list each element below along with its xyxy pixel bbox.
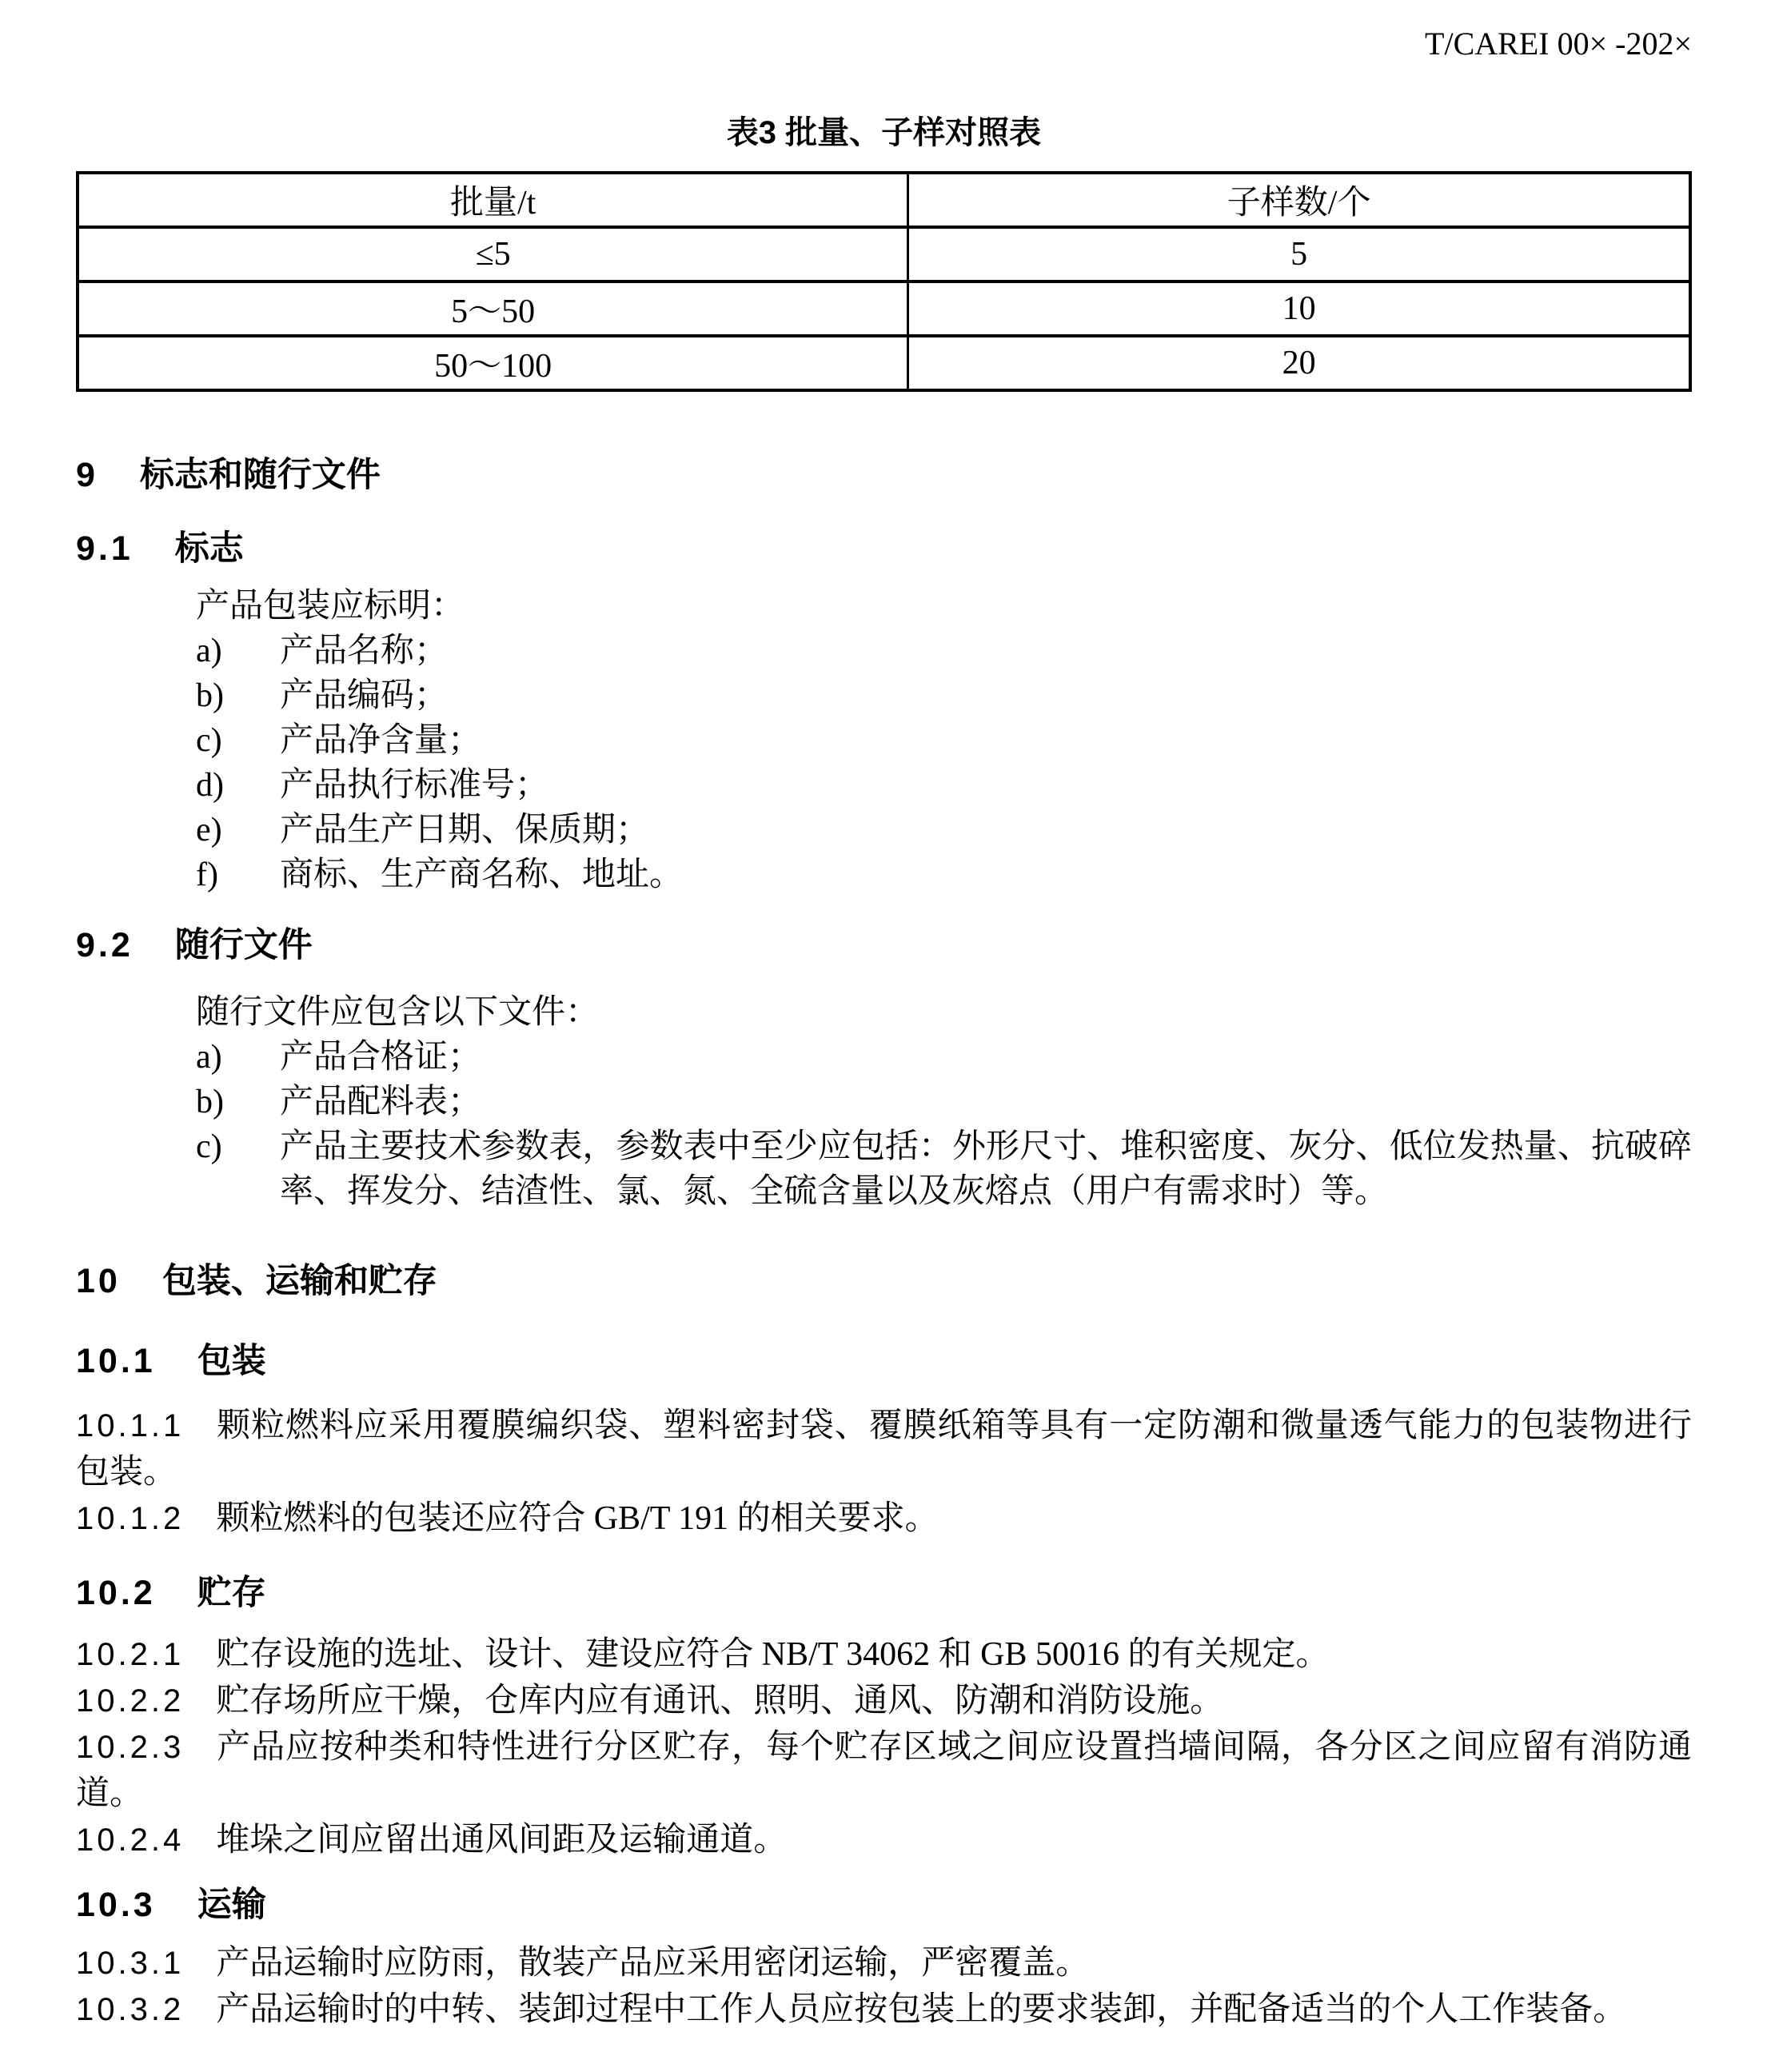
- list-item-label: a): [196, 629, 280, 673]
- list-item: c) 产品净含量；: [76, 718, 1692, 763]
- clause-text: 贮存场所应干燥，仓库内应有通讯、照明、通风、防潮和消防设施。: [216, 1683, 1223, 1719]
- table3-caption: 表3 批量、子样对照表: [76, 112, 1692, 154]
- section-10-2-title: 贮存: [197, 1574, 266, 1612]
- section-9-1-title: 标志: [175, 529, 244, 568]
- list-item-label: b): [196, 673, 280, 718]
- table-header-row: 批量/t 子样数/个: [78, 173, 1690, 227]
- section-10-1-title: 包装: [197, 1342, 266, 1380]
- list-item: f) 商标、生产商名称、地址。: [76, 852, 1692, 897]
- clause-number: 10.1.1: [76, 1408, 184, 1443]
- clause-number: 10.2.3: [76, 1730, 184, 1765]
- list-item: e) 产品生产日期、保质期；: [76, 808, 1692, 852]
- cell-subsamples: 10: [908, 281, 1690, 336]
- clause-text: 颗粒燃料的包装还应符合 GB/T 191 的相关要求。: [216, 1500, 938, 1537]
- section-10-3-heading: 10.3运输: [76, 1882, 1692, 1927]
- cell-batch: 5～50: [78, 281, 908, 336]
- clause-10-3-2: 10.3.2产品运输时的中转、装卸过程中工作人员应按包装上的要求装卸，并配备适当…: [76, 1986, 1692, 2033]
- section-9-2-title: 随行文件: [175, 926, 313, 964]
- section-9-1-heading: 9.1标志: [76, 526, 1692, 571]
- clause-10-2-1: 10.2.1贮存设施的选址、设计、建设应符合 NB/T 34062 和 GB 5…: [76, 1631, 1692, 1678]
- section-10-number: 10: [76, 1262, 121, 1300]
- list-item-text: 产品净含量；: [280, 718, 1692, 763]
- section-9-1-number: 9.1: [76, 529, 134, 568]
- clause-number: 10.2.1: [76, 1637, 184, 1672]
- section-9-2-number: 9.2: [76, 926, 134, 964]
- list-item-text: 产品名称；: [280, 629, 1692, 673]
- list-item: b) 产品编码；: [76, 673, 1692, 718]
- section-10-2-number: 10.2: [76, 1574, 156, 1612]
- clause-text: 颗粒燃料应采用覆膜编织袋、塑料密封袋、覆膜纸箱等具有一定防潮和微量透气能力的包装…: [76, 1407, 1692, 1491]
- list-item-label: a): [196, 1035, 280, 1080]
- section-10-3-number: 10.3: [76, 1886, 156, 1924]
- section-9-heading: 9标志和随行文件: [76, 453, 1692, 497]
- list-item: a) 产品名称；: [76, 629, 1692, 673]
- cell-subsamples: 5: [908, 227, 1690, 281]
- cell-batch: ≤5: [78, 227, 908, 281]
- clause-text: 贮存设施的选址、设计、建设应符合 NB/T 34062 和 GB 50016 的…: [216, 1636, 1329, 1673]
- section-9-2-heading: 9.2随行文件: [76, 923, 1692, 968]
- section-9-1-intro: 产品包装应标明：: [76, 584, 1692, 629]
- table-row: ≤5 5: [78, 227, 1690, 281]
- list-item-text: 产品合格证；: [280, 1035, 1692, 1080]
- section-9-title: 标志和随行文件: [140, 456, 381, 494]
- list-item-text: 产品生产日期、保质期；: [280, 808, 1692, 852]
- section-10-2-heading: 10.2贮存: [76, 1571, 1692, 1615]
- batch-subsample-table: 批量/t 子样数/个 ≤5 5 5～50 10 50～100 20: [76, 171, 1692, 392]
- list-item-label: b): [196, 1080, 280, 1124]
- section-9-number: 9: [76, 456, 98, 494]
- section-9-2-intro: 随行文件应包含以下文件：: [76, 990, 1692, 1035]
- clause-10-1-1: 10.1.1颗粒燃料应采用覆膜编织袋、塑料密封袋、覆膜纸箱等具有一定防潮和微量透…: [76, 1403, 1692, 1495]
- clause-number: 10.2.2: [76, 1683, 184, 1719]
- clause-number: 10.1.2: [76, 1501, 184, 1536]
- clause-text: 堆垛之间应留出通风间距及运输通道。: [216, 1822, 787, 1858]
- clause-10-3-1: 10.3.1产品运输时应防雨，散装产品应采用密闭运输，严密覆盖。: [76, 1940, 1692, 1986]
- list-item: c) 产品主要技术参数表，参数表中至少应包括：外形尺寸、堆积密度、灰分、低位发热…: [76, 1124, 1692, 1214]
- clause-number: 10.3.2: [76, 1992, 184, 2027]
- list-item-label: c): [196, 1124, 280, 1214]
- col-header-subsample: 子样数/个: [908, 173, 1690, 227]
- clause-10-1-2: 10.1.2颗粒燃料的包装还应符合 GB/T 191 的相关要求。: [76, 1495, 1692, 1542]
- doc-reference-code: T/CAREI 00× -202×: [76, 26, 1692, 62]
- list-item-text: 产品编码；: [280, 673, 1692, 718]
- list-item: d) 产品执行标准号；: [76, 763, 1692, 808]
- table-row: 5～50 10: [78, 281, 1690, 336]
- list-item: b) 产品配料表；: [76, 1080, 1692, 1124]
- cell-subsamples: 20: [908, 336, 1690, 390]
- section-10-1-heading: 10.1包装: [76, 1339, 1692, 1383]
- list-item-label: f): [196, 852, 280, 897]
- section-10-title: 包装、运输和贮存: [162, 1262, 437, 1300]
- col-header-batch: 批量/t: [78, 173, 908, 227]
- document-page: { "header": { "doc_code": "T/CAREI 00× -…: [0, 0, 1767, 2072]
- list-item: a) 产品合格证；: [76, 1035, 1692, 1080]
- clause-text: 产品运输时应防雨，散装产品应采用密闭运输，严密覆盖。: [216, 1945, 1089, 1982]
- list-item-text: 产品配料表；: [280, 1080, 1692, 1124]
- list-item-label: e): [196, 808, 280, 852]
- list-item-label: d): [196, 763, 280, 808]
- clause-text: 产品应按种类和特性进行分区贮存，每个贮存区域之间应设置挡墙间隔，各分区之间应留有…: [76, 1729, 1692, 1812]
- table-row: 50～100 20: [78, 336, 1690, 390]
- clause-10-2-3: 10.2.3产品应按种类和特性进行分区贮存，每个贮存区域之间应设置挡墙间隔，各分…: [76, 1724, 1692, 1817]
- section-10-1-number: 10.1: [76, 1342, 156, 1380]
- list-item-text: 产品主要技术参数表，参数表中至少应包括：外形尺寸、堆积密度、灰分、低位发热量、抗…: [280, 1124, 1692, 1214]
- list-item-text: 产品执行标准号；: [280, 763, 1692, 808]
- clause-number: 10.3.1: [76, 1946, 184, 1981]
- clause-text: 产品运输时的中转、装卸过程中工作人员应按包装上的要求装卸，并配备适当的个人工作装…: [216, 1991, 1626, 2028]
- clause-number: 10.2.4: [76, 1822, 184, 1858]
- clause-10-2-4: 10.2.4堆垛之间应留出通风间距及运输通道。: [76, 1817, 1692, 1863]
- list-item-label: c): [196, 718, 280, 763]
- list-item-text: 商标、生产商名称、地址。: [280, 852, 1692, 897]
- cell-batch: 50～100: [78, 336, 908, 390]
- clause-10-2-2: 10.2.2贮存场所应干燥，仓库内应有通讯、照明、通风、防潮和消防设施。: [76, 1678, 1692, 1724]
- section-10-3-title: 运输: [197, 1886, 266, 1924]
- section-10-heading: 10包装、运输和贮存: [76, 1259, 1692, 1303]
